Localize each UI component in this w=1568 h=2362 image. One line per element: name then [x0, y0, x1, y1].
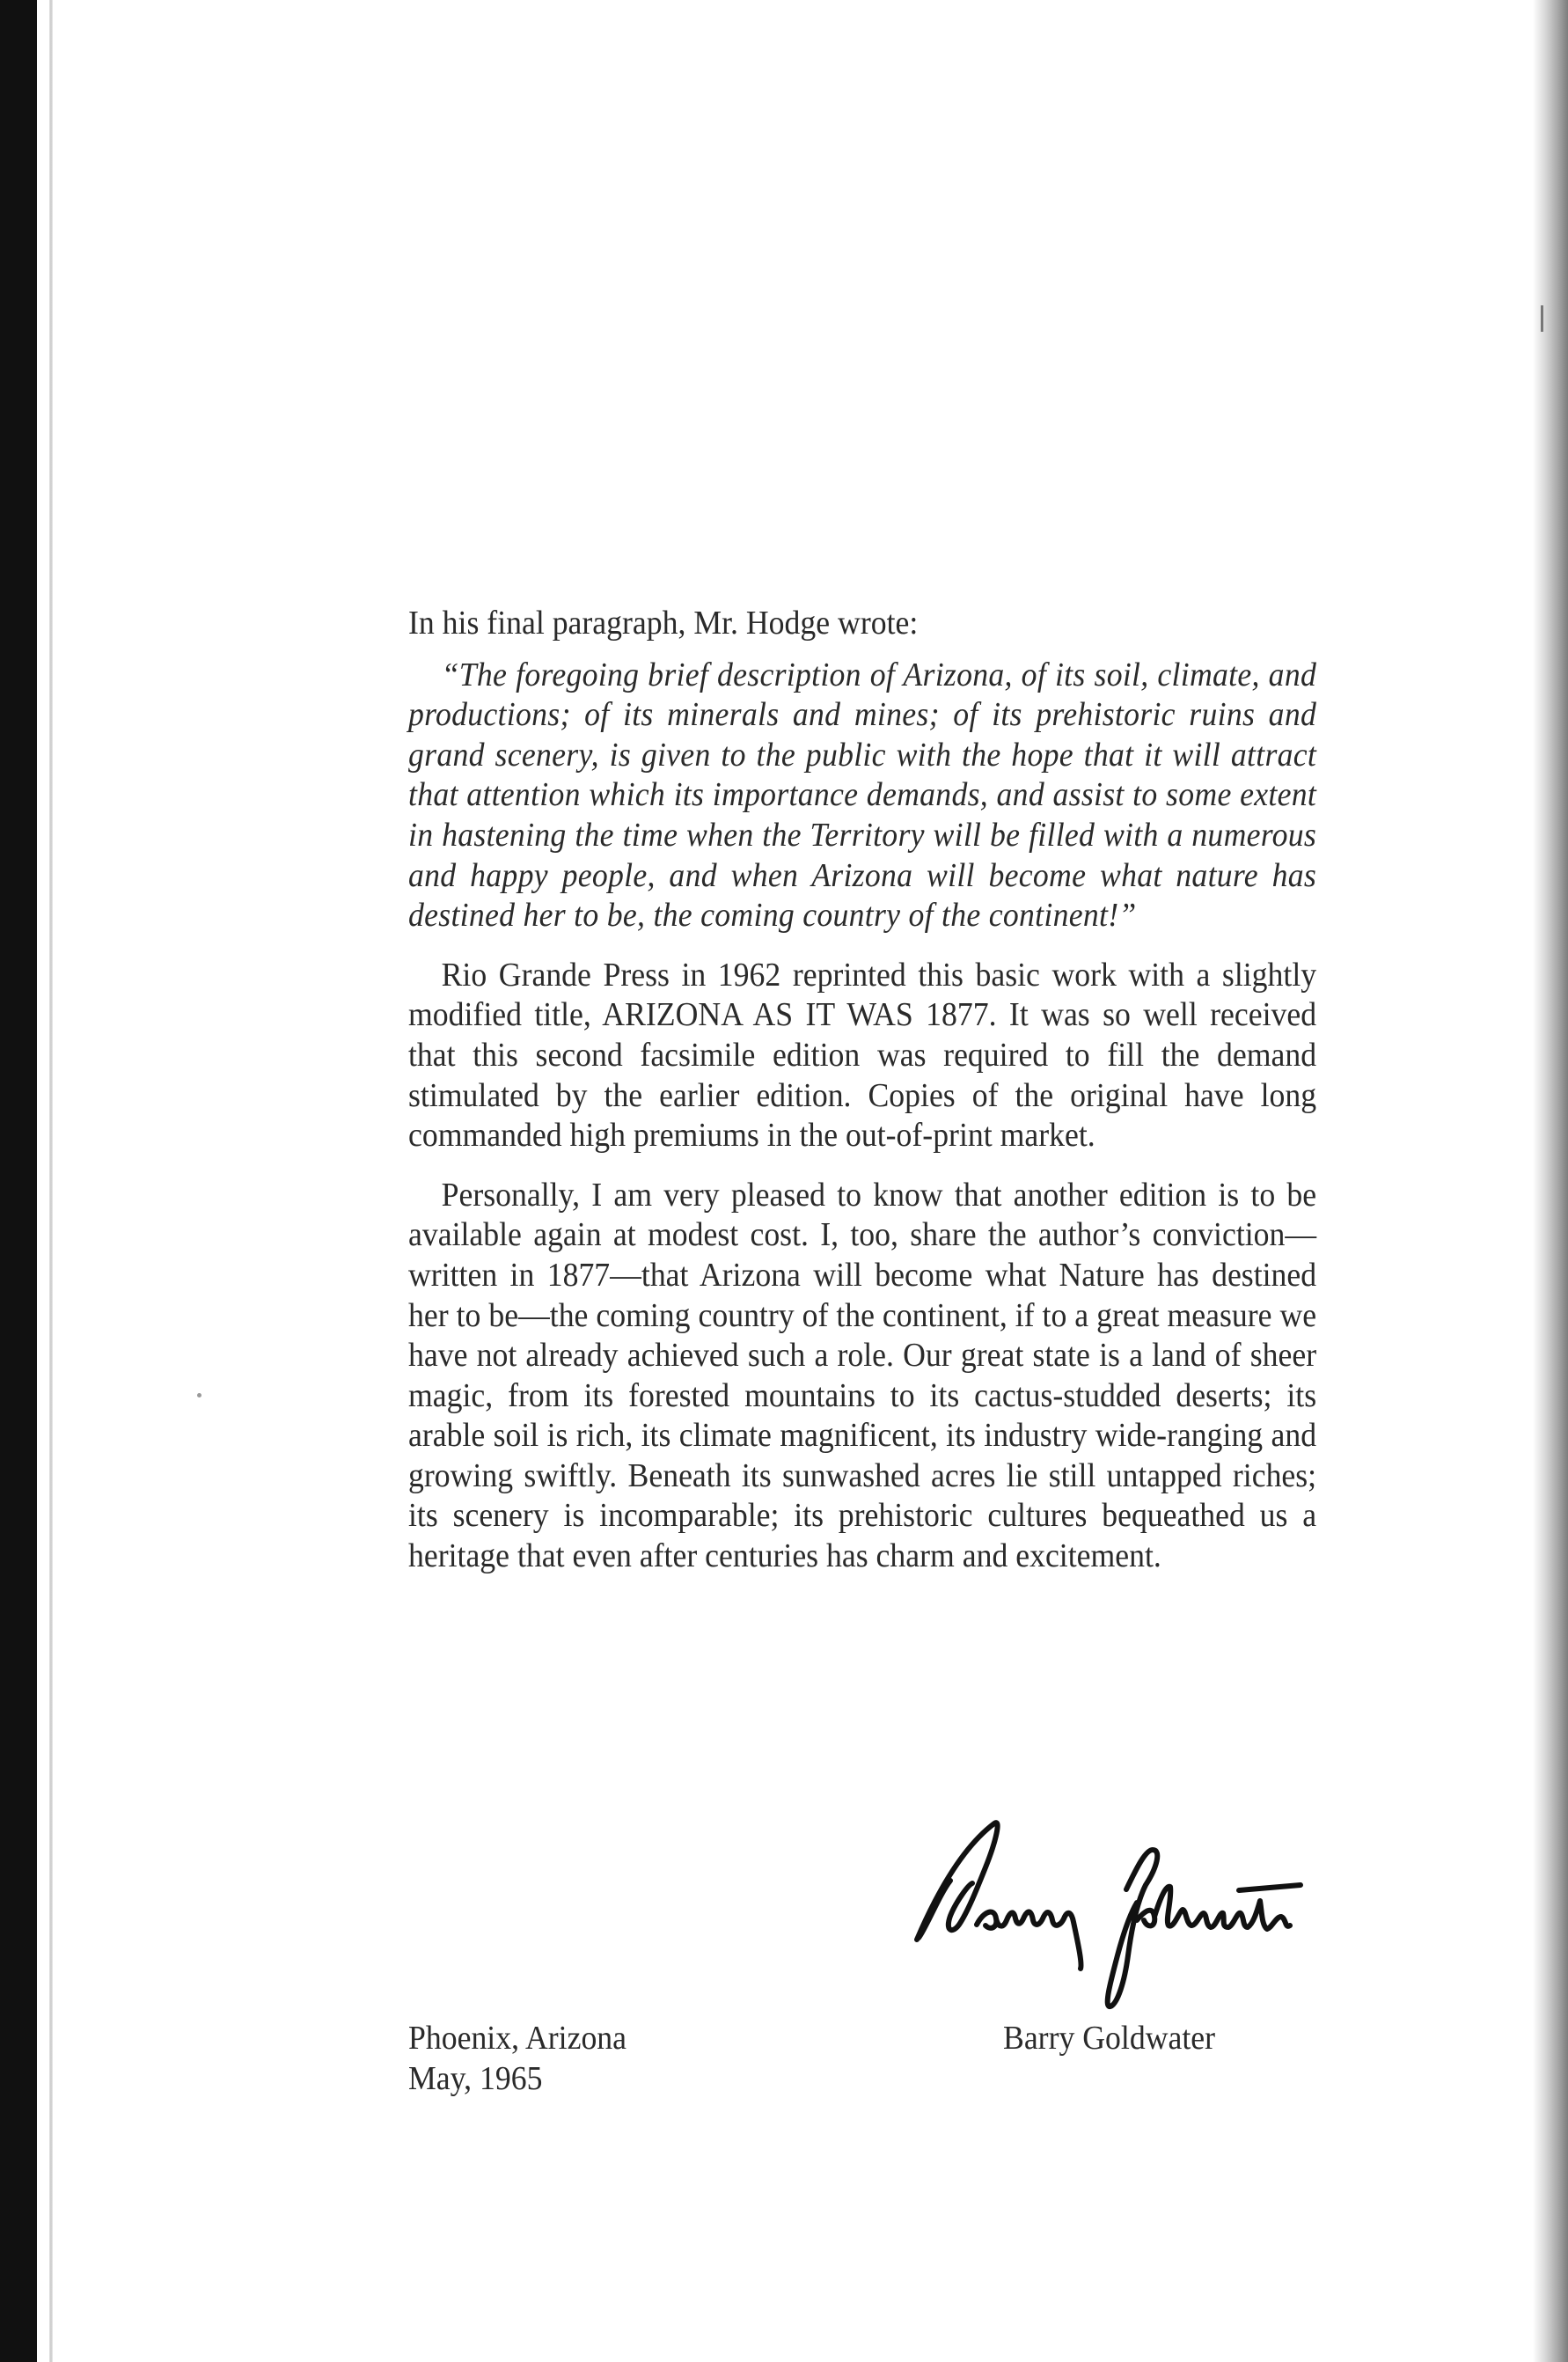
scan-speck — [197, 1393, 201, 1397]
intro-line: In his final paragraph, Mr. Hodge wrote: — [408, 604, 1316, 644]
paragraph-personal: Personally, I am very pleased to know th… — [408, 1176, 1316, 1577]
gutter-shadow — [1533, 0, 1568, 2362]
hodge-quote: “The foregoing brief description of Ariz… — [408, 656, 1316, 936]
place-line: Phoenix, Arizona — [408, 2018, 626, 2058]
scan-mark — [1541, 305, 1543, 332]
body-text: In his final paragraph, Mr. Hodge wrote:… — [408, 604, 1316, 1596]
date-line: May, 1965 — [408, 2058, 626, 2099]
signer-name: Barry Goldwater — [1003, 2018, 1215, 2058]
scan-left-border — [0, 0, 37, 2362]
place-and-date: Phoenix, Arizona May, 1965 — [408, 2018, 626, 2099]
page-edge-line — [49, 0, 53, 2362]
paragraph-reprint: Rio Grande Press in 1962 reprinted this … — [408, 956, 1316, 1156]
signature-icon — [906, 1815, 1417, 2017]
